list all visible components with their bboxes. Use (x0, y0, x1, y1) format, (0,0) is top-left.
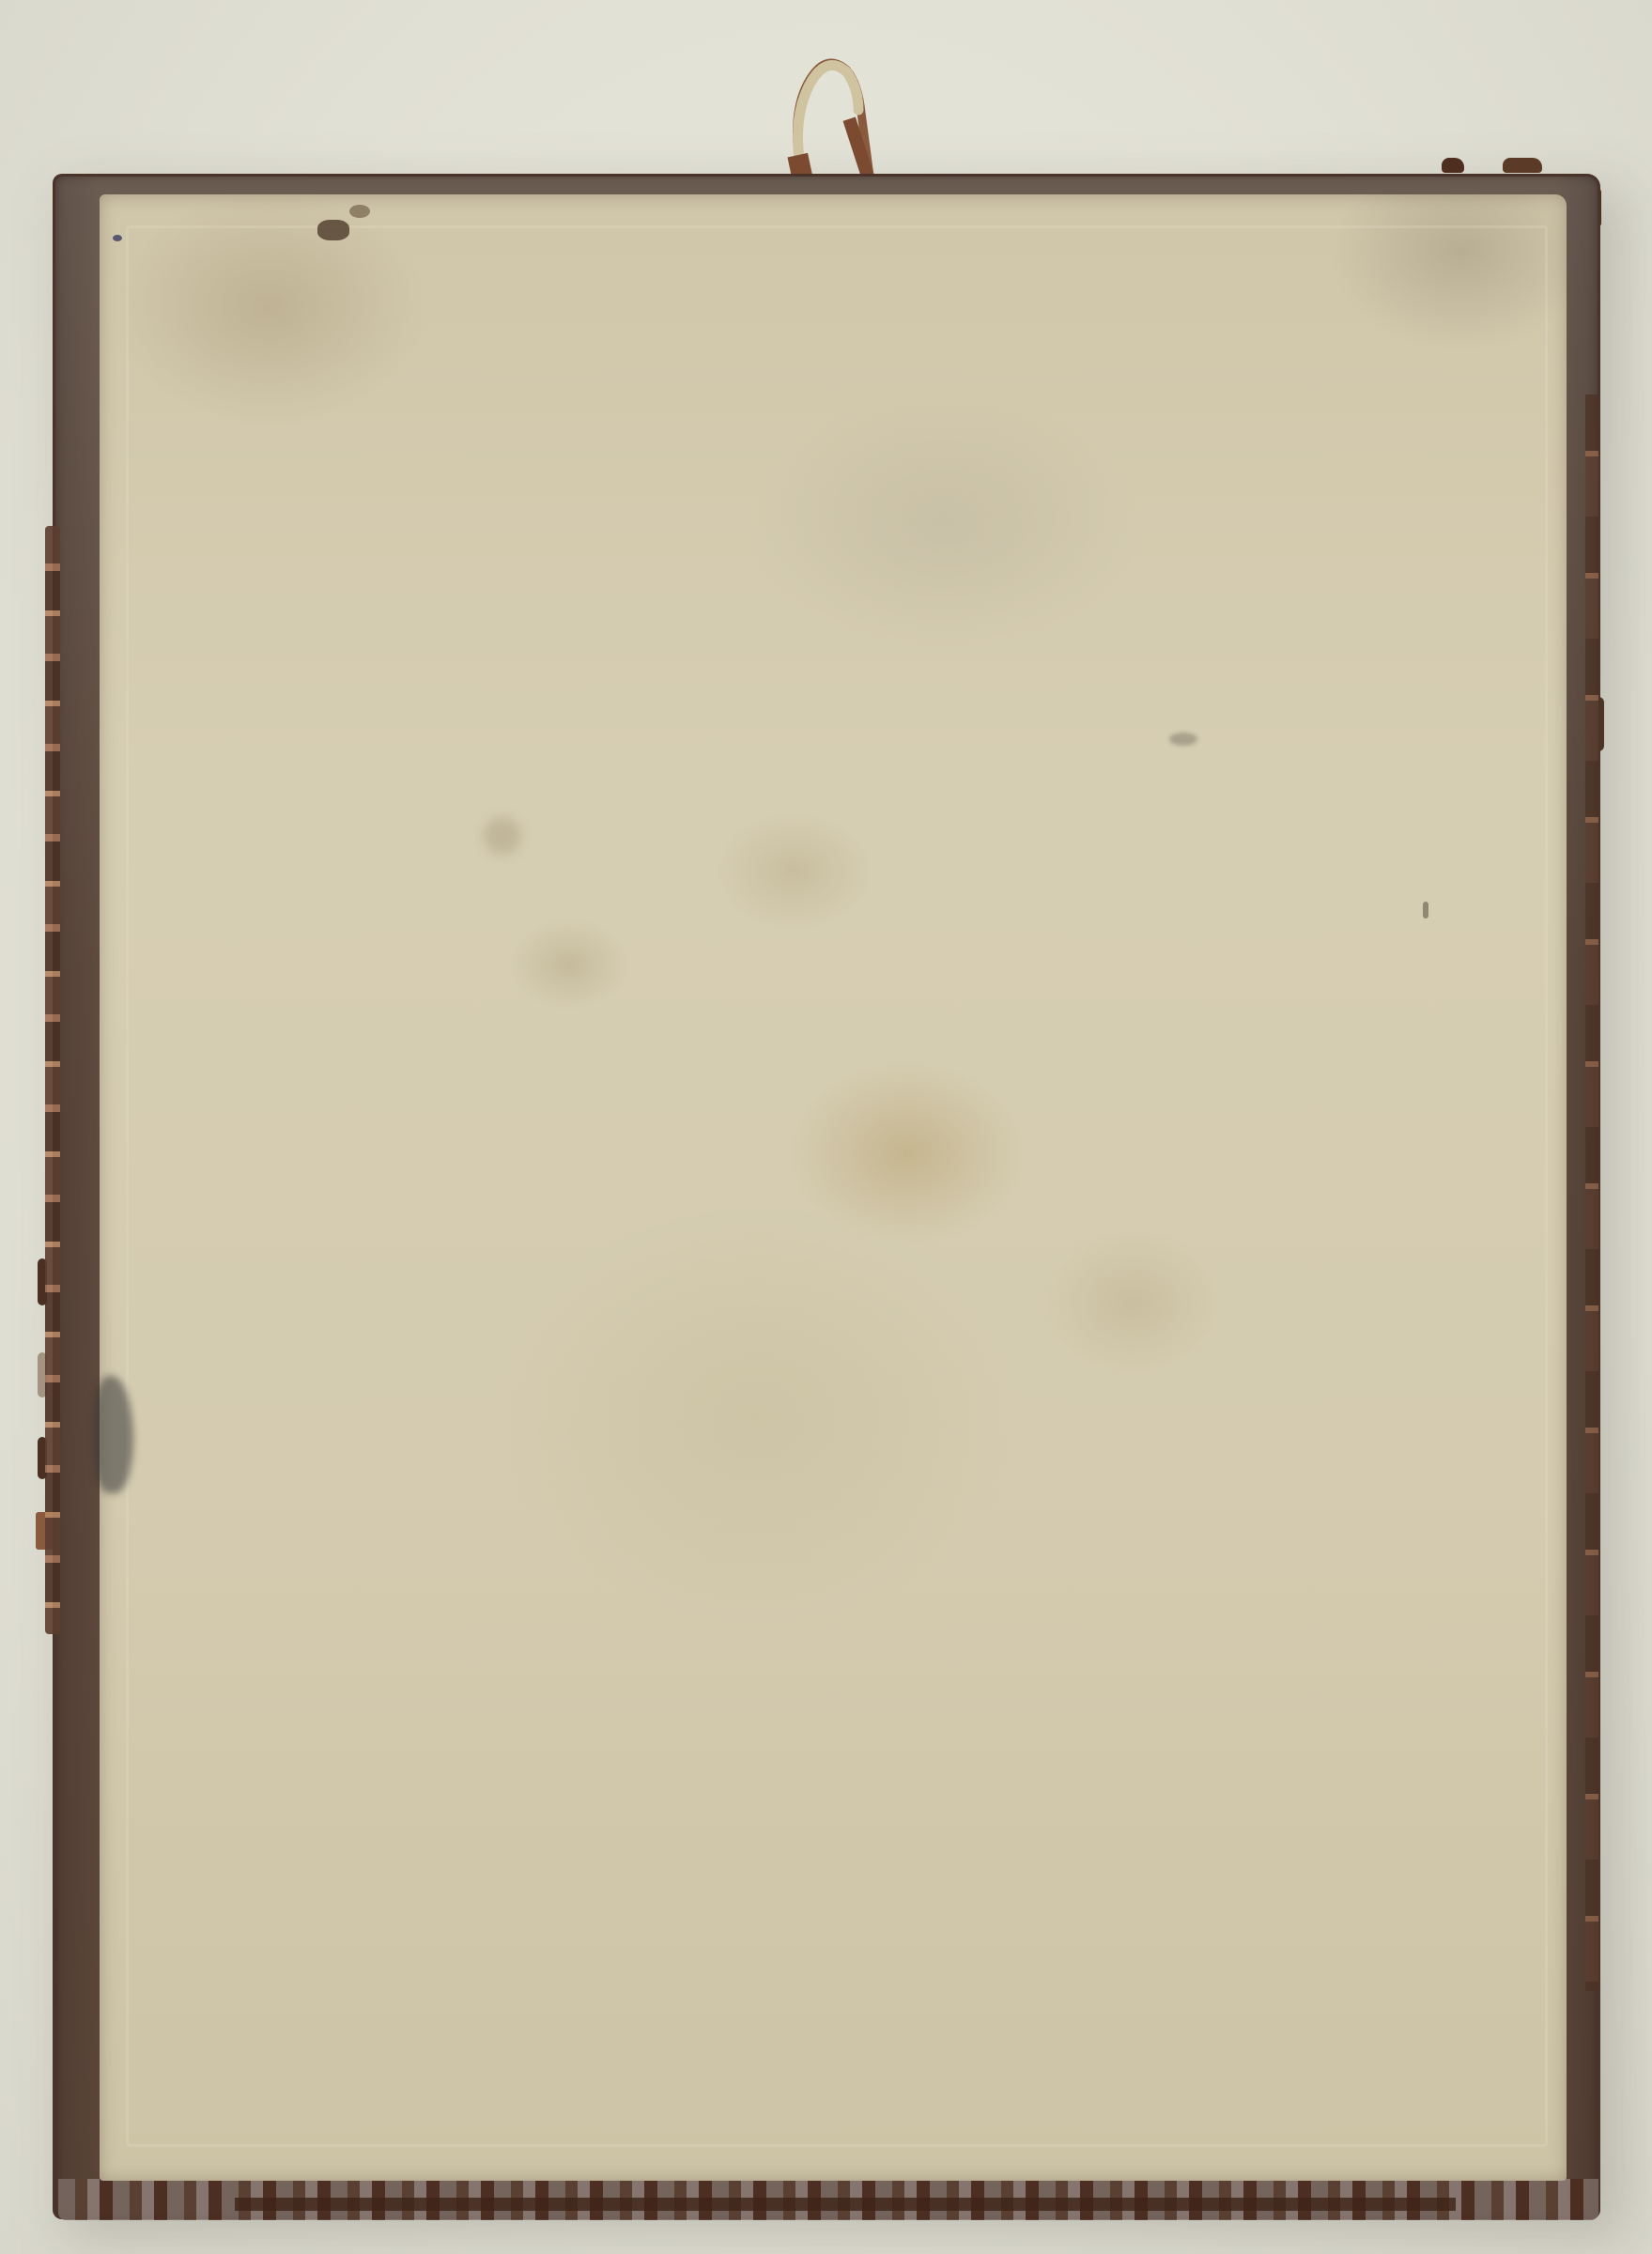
frame-tab (1503, 158, 1542, 173)
frame-left-wear (45, 526, 60, 1634)
dark-stain (349, 205, 370, 218)
hanging-loop-icon (772, 42, 875, 193)
paper-inner-band (126, 225, 1548, 2147)
photo-scene (0, 0, 1652, 2254)
frame-right-wear (1585, 394, 1598, 1991)
frame-bottom-gap (235, 2198, 1456, 2211)
water-stain (484, 817, 521, 855)
spot (1169, 733, 1197, 746)
dark-stain (317, 220, 349, 240)
frame-tab (1442, 158, 1464, 173)
ink-spot (113, 235, 122, 241)
spot (1423, 902, 1428, 919)
